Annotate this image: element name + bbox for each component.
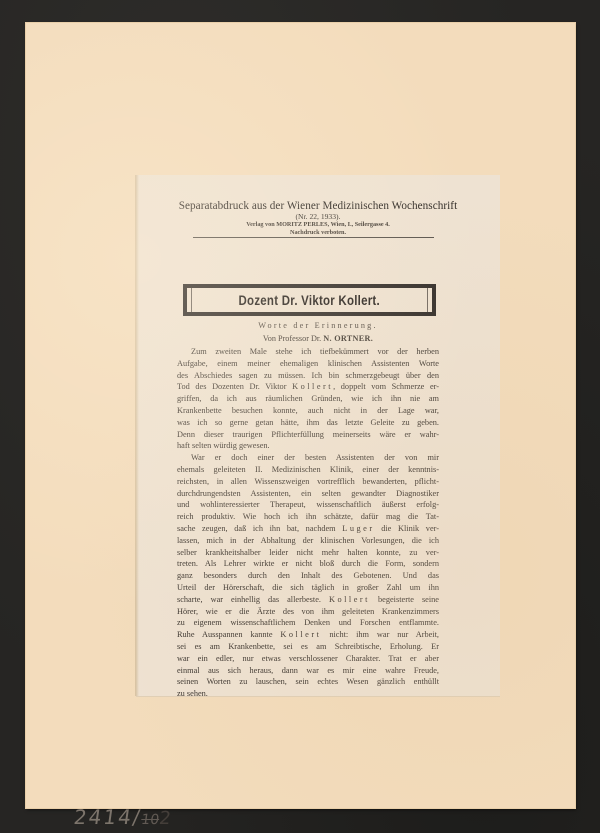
text-line: haft selten würdig gewesen. (177, 440, 439, 452)
text-line: lassen, mich in der Abhaltung der klinis… (177, 535, 439, 547)
obituary-title-box: Dozent Dr. Viktor Kollert. (183, 284, 436, 316)
text-line: Aufgabe, einem meiner ehemaligen klinisc… (177, 358, 439, 370)
text-line: zu sehen. (177, 688, 439, 700)
text-line: Tod des Dozenten Dr. Viktor Kollert, dop… (177, 381, 439, 393)
text-line: selber krankheitshalber leider nicht meh… (177, 547, 439, 559)
text-line: Urteil der Hörerschaft, die sich täglich… (177, 582, 439, 594)
issue-number: (Nr. 22, 1933). (136, 212, 500, 221)
catalog-number: 2414/ (72, 805, 143, 829)
masthead-divider (193, 237, 434, 238)
text-line: scharte, war einhellig das allerbeste. K… (177, 594, 439, 606)
byline: Von Professor Dr. N. ORTNER. (136, 334, 500, 343)
text-line: durchdrungendsten Assistenten, ein selte… (177, 488, 439, 500)
text-line: des Abschiedes sagen zu müssen. Ich bin … (177, 370, 439, 382)
text-line: sache zeugen, daß ich ihn bat, nachdem L… (177, 523, 439, 535)
handwritten-catalog-number: 2414/102 (72, 805, 174, 829)
text-line: ganz besonders durch den Inhalt des Gebo… (177, 570, 439, 582)
text-line: war ein edler, nur etwas verschlossener … (177, 653, 439, 665)
text-line: reichsten, in allen Wissenszweigen vortr… (177, 476, 439, 488)
text-line: und wohlinteressierter Therapeut, wissen… (177, 499, 439, 511)
text-line: seinen Worten zu lauschen, sein echtes W… (177, 676, 439, 688)
text-line: Krankenbette besuchen konnte, auch nicht… (177, 405, 439, 417)
body-paragraph: Zum zweiten Male stehe ich tiefbekümmert… (177, 346, 439, 452)
text-line: Hörer, wie er die Ärzte des von ihm gele… (177, 606, 439, 618)
text-line: treten. Als Lehrer wirkte er nicht bloß … (177, 558, 439, 570)
text-line: einmal aus sich heraus, dann war es mir … (177, 665, 439, 677)
text-line: Zum zweiten Male stehe ich tiefbekümmert… (177, 346, 439, 358)
article-subtitle: Worte der Erinnerung. (136, 321, 500, 330)
publisher-line: Verlag von MORITZ PERLES, Wien, I., Seil… (136, 221, 500, 229)
text-line: was ich so gerne getan hätte, ihm das le… (177, 417, 439, 429)
offprint-sheet: Separatabdruck aus der Wiener Medizinisc… (136, 175, 500, 696)
text-line: griffen, da ich aus räumlichen Gründen, … (177, 393, 439, 405)
text-line: zu eigenem wissenschaftlichem Denken und… (177, 617, 439, 629)
text-line: Ruhe Ausspannen kannte Kollert nicht: ih… (177, 629, 439, 641)
mount-card: Separatabdruck aus der Wiener Medizinisc… (26, 23, 575, 808)
byline-author: N. ORTNER. (323, 334, 373, 343)
article-title: Dozent Dr. Viktor Kollert. (239, 292, 380, 308)
text-line: War er doch einer der besten Assistenten… (177, 452, 439, 464)
text-line: sei es am Krankenbette, sei es am Schrei… (177, 641, 439, 653)
text-line: reich produktiv. Wie hoch ich ihn schätz… (177, 511, 439, 523)
text-line: ehemals geleiteten II. Medizinischen Kli… (177, 464, 439, 476)
journal-title: Separatabdruck aus der Wiener Medizinisc… (136, 200, 500, 212)
byline-prefix: Von Professor Dr. (263, 334, 321, 343)
body-paragraph: War er doch einer der besten Assistenten… (177, 452, 439, 700)
article-body: Zum zweiten Male stehe ich tiefbekümmert… (177, 346, 439, 700)
reprint-notice: Nachdruck verboten. (136, 229, 500, 237)
masthead: Separatabdruck aus der Wiener Medizinisc… (136, 200, 500, 237)
text-line: Denn dieser traurigen Pflichterfüllung m… (177, 429, 439, 441)
